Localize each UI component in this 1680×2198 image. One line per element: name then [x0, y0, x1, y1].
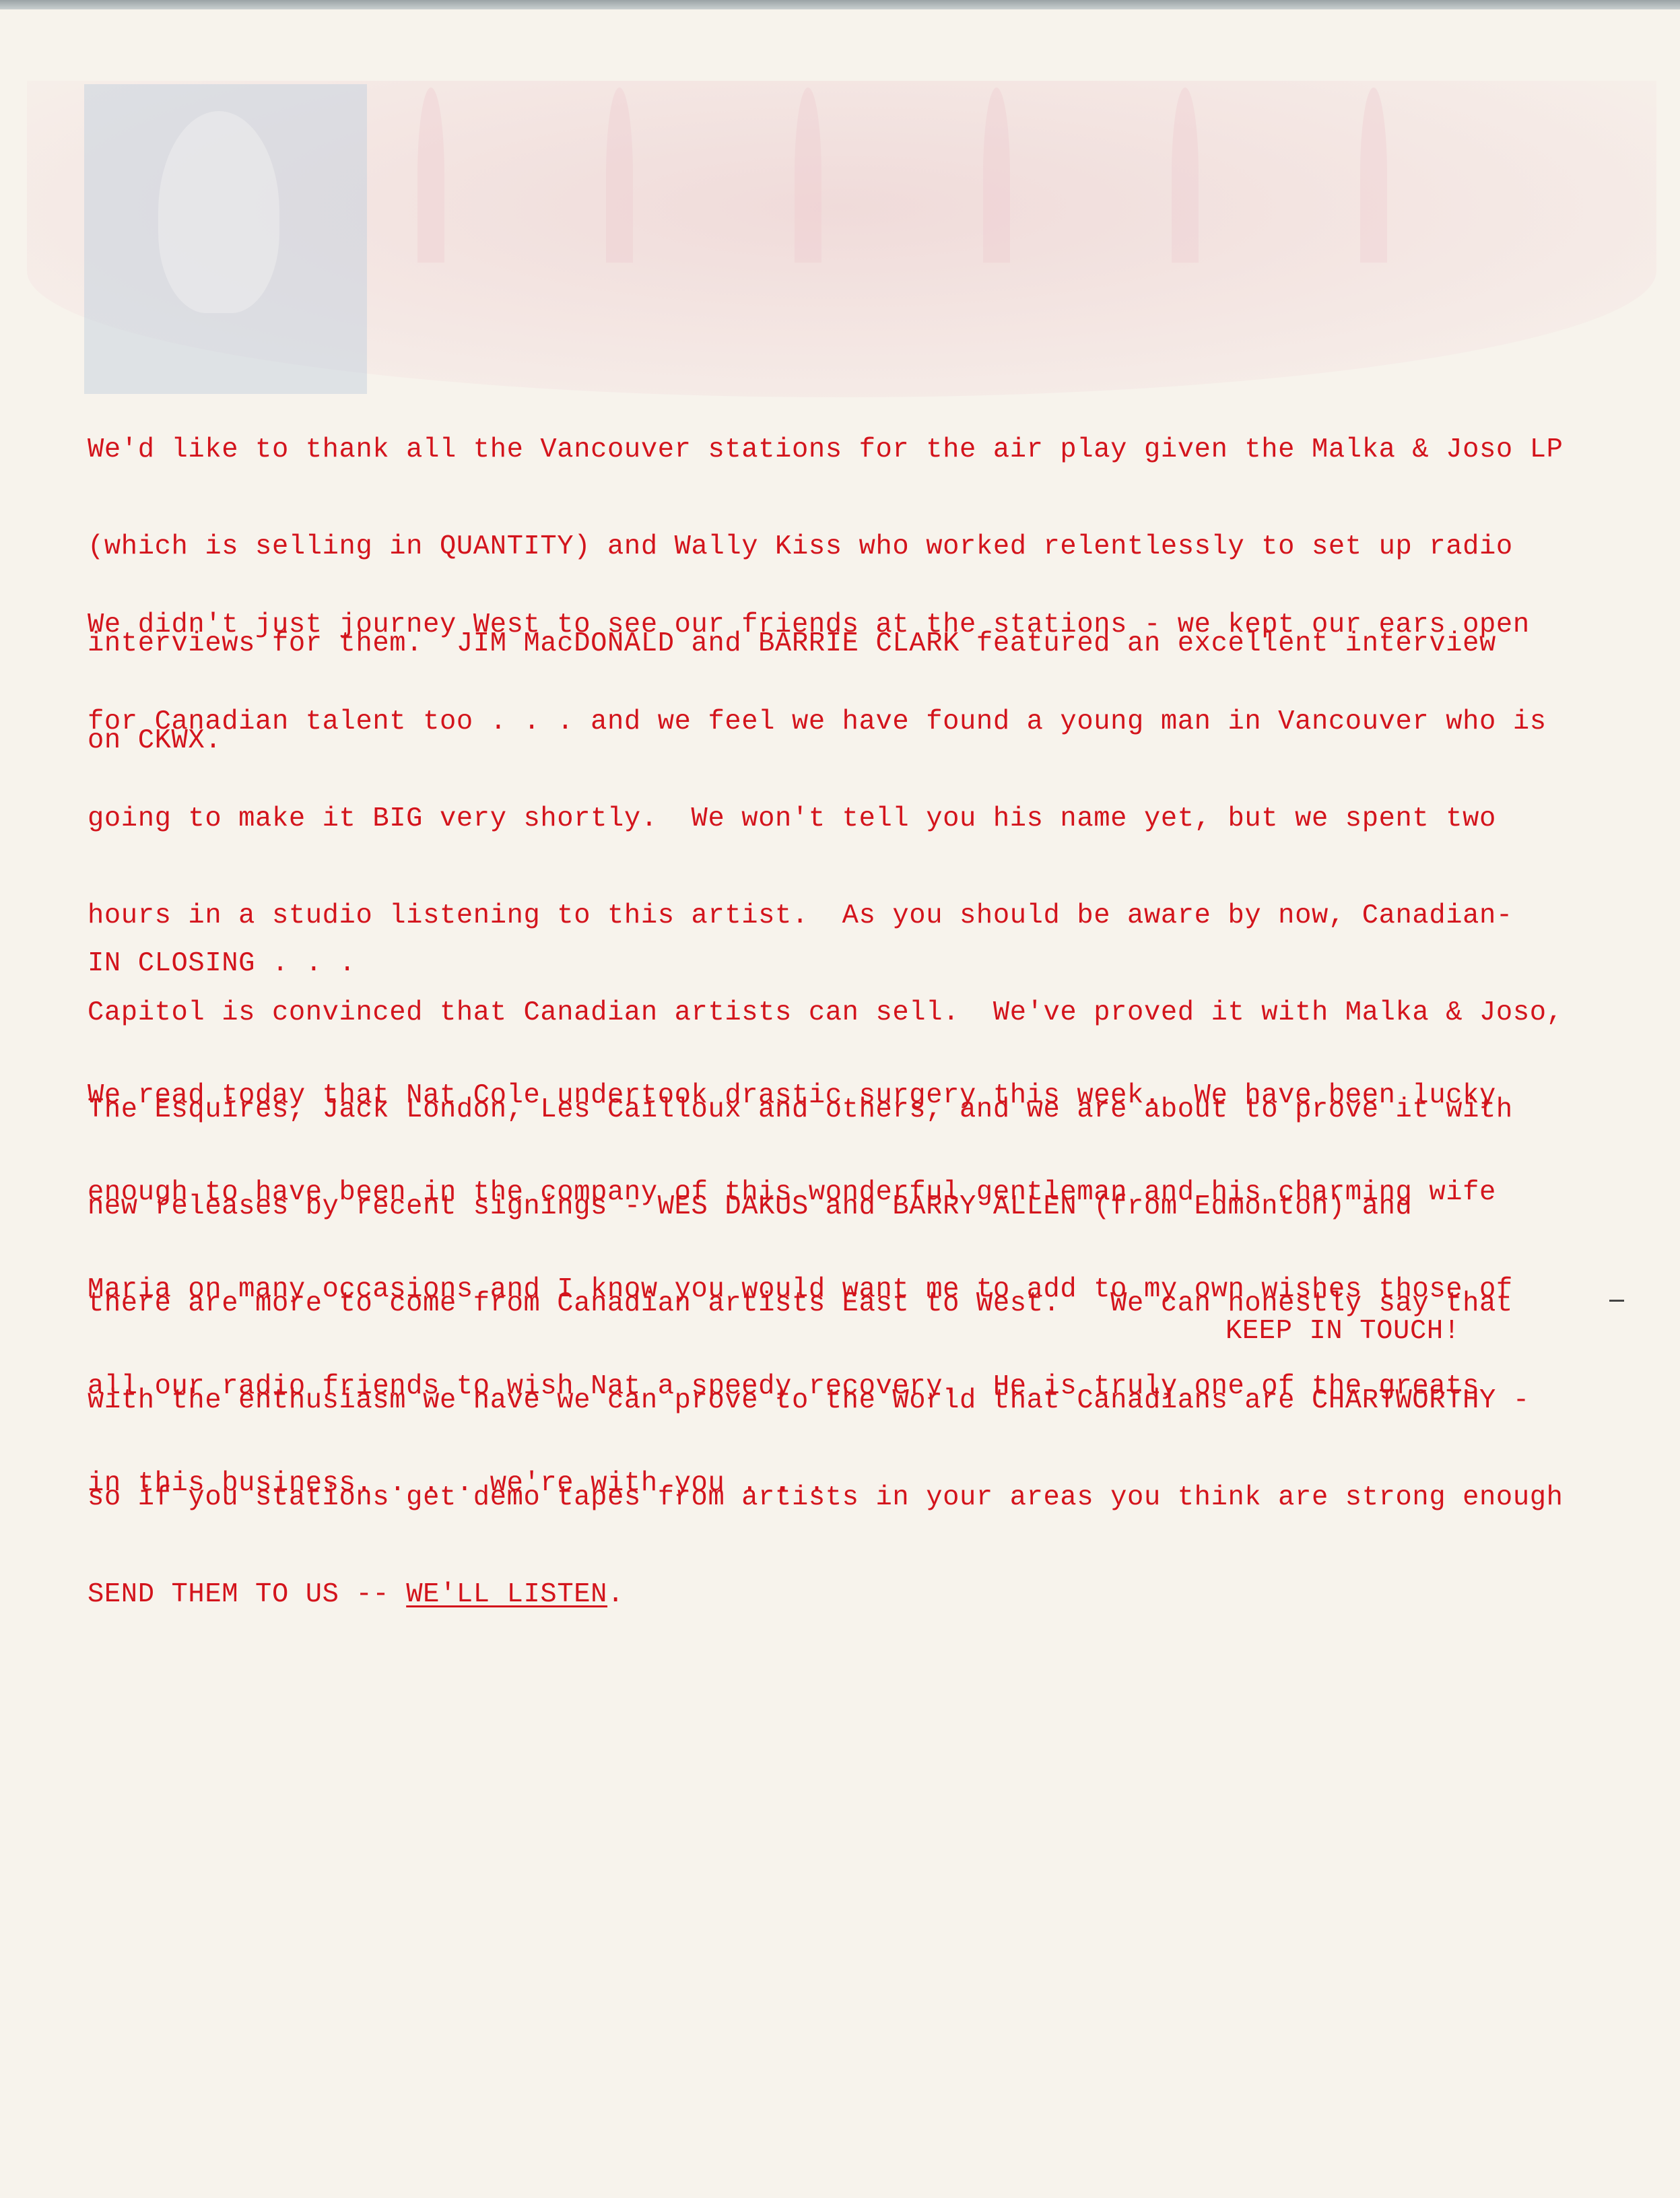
send-tapes-prefix: SEND THEM TO US -- — [88, 1579, 406, 1610]
bleed-flame-shape — [1172, 88, 1199, 263]
scan-edge — [0, 0, 1680, 9]
margin-mark — [1609, 1300, 1624, 1302]
text-line: going to make it BIG very shortly. We wo… — [88, 803, 1636, 835]
send-tapes-line: SEND THEM TO US -- WE'LL LISTEN. — [88, 1578, 1636, 1611]
text-line: We'd like to thank all the Vancouver sta… — [88, 434, 1636, 466]
text-line: Maria on many occasions and I know you w… — [88, 1273, 1636, 1306]
well-listen-underlined: WE'LL LISTEN — [406, 1579, 607, 1610]
bleed-flame-shape — [983, 88, 1010, 263]
text-line: We read today that Nat Cole undertook dr… — [88, 1079, 1636, 1112]
bleed-flame-shape — [417, 88, 444, 263]
text-line: in this business. . . . we're with you .… — [88, 1467, 1636, 1500]
bleed-flame-shape — [606, 88, 633, 263]
text-line: enough to have been in the company of th… — [88, 1176, 1636, 1209]
bleed-flame-shape — [795, 88, 821, 263]
send-tapes-suffix: . — [607, 1579, 624, 1610]
text-line: hours in a studio listening to this arti… — [88, 900, 1636, 932]
bleed-through-photo — [84, 84, 367, 394]
text-line: for Canadian talent too . . . and we fee… — [88, 706, 1636, 738]
section-heading-in-closing: IN CLOSING . . . — [88, 947, 1636, 980]
sign-off: KEEP IN TOUCH! — [1225, 1315, 1562, 1347]
paragraph-nat-cole: We read today that Nat Cole undertook dr… — [88, 1015, 1636, 1532]
text-line: all our radio friends to wish Nat a spee… — [88, 1370, 1636, 1403]
bleed-flame-shape — [1360, 88, 1387, 263]
text-line: We didn't just journey West to see our f… — [88, 609, 1636, 641]
